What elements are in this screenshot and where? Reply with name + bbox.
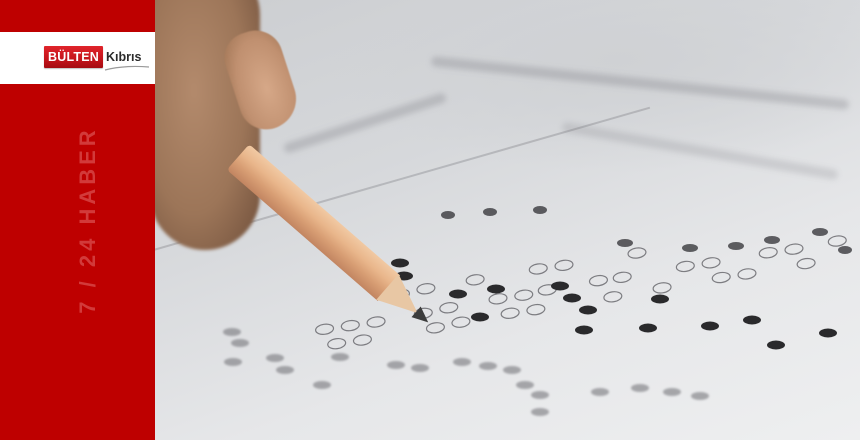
swoosh-icon <box>104 65 150 71</box>
logo-wordmark: Kıbrıs <box>106 48 141 66</box>
site-logo[interactable]: BÜLTEN Kıbrıs <box>44 46 141 68</box>
logo-word-text: Kıbrıs <box>106 50 141 64</box>
logo-badge: BÜLTEN <box>44 46 103 68</box>
brand-sidebar: BÜLTEN Kıbrıs 7 / 24 HABER <box>0 0 155 440</box>
tagline-vertical: 7 / 24 HABER <box>75 126 101 313</box>
